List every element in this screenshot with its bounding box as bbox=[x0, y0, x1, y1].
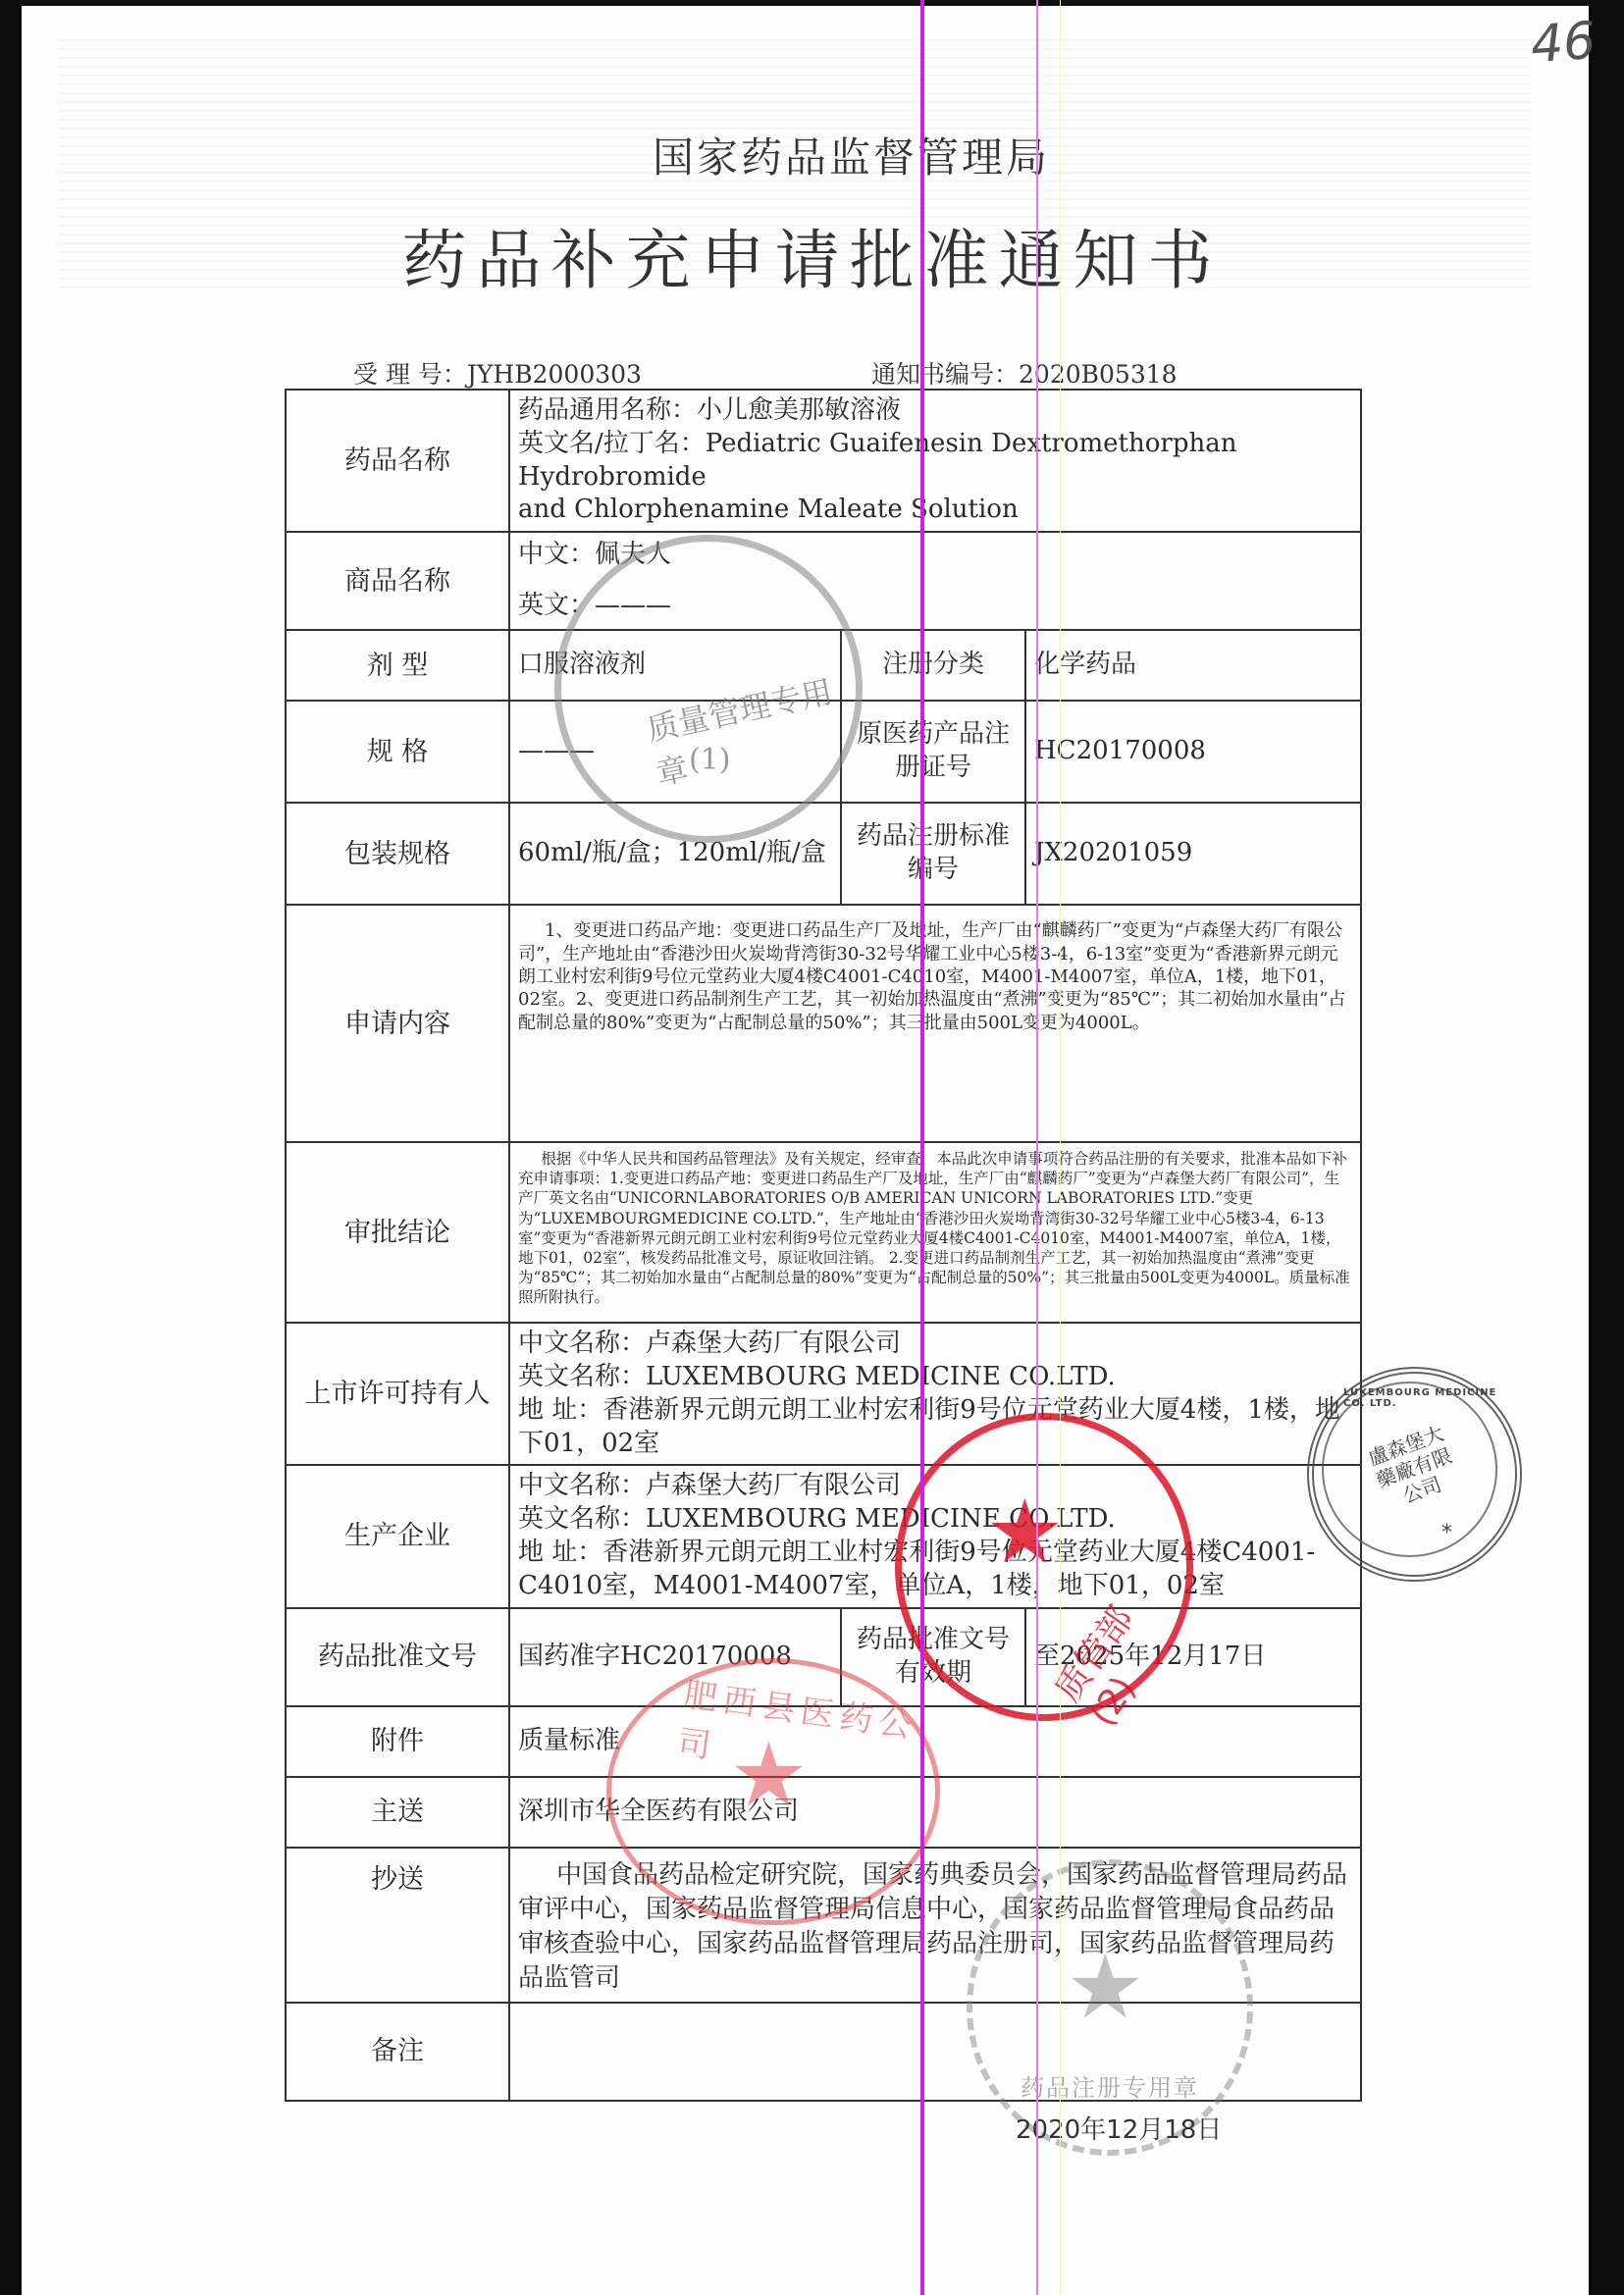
drug-name-label: 药品名称 bbox=[286, 390, 509, 532]
approval-no-label: 药品批准文号 bbox=[286, 1608, 509, 1706]
scan-artifact-line bbox=[1060, 0, 1061, 2295]
reg-class-label: 注册分类 bbox=[841, 630, 1025, 701]
dosage-form-label: 剂 型 bbox=[286, 630, 509, 701]
orig-reg-value: HC20170008 bbox=[1025, 701, 1361, 803]
row-attachment: 附件 质量标准 bbox=[286, 1706, 1361, 1777]
lux-seal-english: LUXEMBOURG MEDICINE CO. LTD. bbox=[1343, 1387, 1515, 1409]
orig-reg-label: 原医药产品注册证号 bbox=[841, 701, 1025, 803]
row-manufacturer: 生产企业 中文名称：卢森堡大药厂有限公司 英文名称：LUXEMBOURG MED… bbox=[286, 1465, 1361, 1607]
std-no-value: JX20201059 bbox=[1025, 803, 1361, 905]
application-label: 申请内容 bbox=[286, 905, 509, 1142]
row-send-to: 主送 深圳市华全医药有限公司 bbox=[286, 1777, 1361, 1848]
send-to-value: 深圳市华全医药有限公司 bbox=[509, 1777, 1361, 1848]
row-application: 申请内容 1、变更进口药品产地：变更进口药品生产厂及地址，生产厂由“麒麟药厂”变… bbox=[286, 905, 1361, 1142]
acceptance-number: 受 理 号：JYHB2000303 bbox=[353, 355, 642, 391]
mah-cn-name: 中文名称：卢森堡大药厂有限公司 bbox=[518, 1328, 1352, 1361]
row-conclusion: 审批结论 根据《中华人民共和国药品管理法》及有关规定，经审查，本品此次申请事项符… bbox=[286, 1142, 1361, 1323]
document-title: 药品补充申请批准通知书 bbox=[0, 208, 1624, 301]
mah-value: 中文名称：卢森堡大药厂有限公司 英文名称：LUXEMBOURG MEDICINE… bbox=[509, 1323, 1361, 1465]
send-to-label: 主送 bbox=[286, 1777, 509, 1848]
row-remarks: 备注 bbox=[286, 2003, 1361, 2101]
std-no-label: 药品注册标准编号 bbox=[841, 803, 1025, 905]
handwritten-page-number: 46 bbox=[1529, 12, 1598, 75]
issuer-seal-text: 药品注册专用章 bbox=[1021, 2068, 1199, 2103]
conclusion-label: 审批结论 bbox=[286, 1142, 509, 1323]
drug-name-value: 药品通用名称：小儿愈美那敏溶液 英文名/拉丁名：Pediatric Guaife… bbox=[509, 390, 1361, 532]
row-specification: 规 格 ——— 原医药产品注册证号 HC20170008 bbox=[286, 701, 1361, 803]
agency-name: 国家药品监督管理局 bbox=[0, 126, 1624, 184]
mah-label: 上市许可持有人 bbox=[286, 1323, 509, 1465]
row-approval-no: 药品批准文号 国药准字HC20170008 药品批准文号有效期 至2025年12… bbox=[286, 1608, 1361, 1706]
english-name-line2: and Chlorphenamine Maleate Solution bbox=[518, 494, 1352, 527]
manufacturer-address: 地 址：香港新界元朗元朗工业村宏利街9号位元堂药业大厦4楼C4001-C4010… bbox=[518, 1537, 1352, 1603]
trade-name-label: 商品名称 bbox=[286, 532, 509, 630]
manufacturer-en-name: 英文名称：LUXEMBOURG MEDICINE CO.LTD. bbox=[518, 1503, 1352, 1537]
remarks-label: 备注 bbox=[286, 2003, 509, 2101]
approval-form-table: 药品名称 药品通用名称：小儿愈美那敏溶液 英文名/拉丁名：Pediatric G… bbox=[285, 389, 1362, 2102]
row-mah: 上市许可持有人 中文名称：卢森堡大药厂有限公司 英文名称：LUXEMBOURG … bbox=[286, 1323, 1361, 1465]
scan-artifact-line bbox=[920, 0, 924, 2295]
attachment-label: 附件 bbox=[286, 1706, 509, 1777]
mah-address: 地 址：香港新界元朗元朗工业村宏利街9号位元堂药业大厦4楼，1楼，地下01，02… bbox=[518, 1394, 1352, 1461]
manufacturer-cn-name: 中文名称：卢森堡大药厂有限公司 bbox=[518, 1470, 1352, 1503]
reg-class-value: 化学药品 bbox=[1025, 630, 1361, 701]
scan-edge-top bbox=[0, 0, 1624, 6]
issue-date: 2020年12月18日 bbox=[1016, 2110, 1222, 2146]
notice-label: 通知书编号： bbox=[871, 360, 1019, 389]
specification-value: ——— bbox=[509, 701, 841, 803]
cc-value: 中国食品药品检定研究院，国家药典委员会，国家药品监督管理局药品审评中心，国家药品… bbox=[509, 1848, 1361, 2003]
lux-seal-chinese: 盧森堡大藥廠有限公司 bbox=[1365, 1421, 1463, 1514]
dosage-form-value: 口服溶液剂 bbox=[509, 630, 841, 701]
approval-no-value: 国药准字HC20170008 bbox=[509, 1608, 841, 1706]
scan-edge-right bbox=[1589, 0, 1624, 2295]
row-dosage-form: 剂 型 口服溶液剂 注册分类 化学药品 bbox=[286, 630, 1361, 701]
packaging-label: 包装规格 bbox=[286, 803, 509, 905]
trade-name-en: 英文：——— bbox=[518, 590, 1352, 623]
asterisk-icon: * bbox=[1441, 1521, 1452, 1545]
row-trade-name: 商品名称 中文：佩夫人 英文：——— bbox=[286, 532, 1361, 630]
packaging-value: 60ml/瓶/盒；120ml/瓶/盒 bbox=[509, 803, 841, 905]
manufacturer-value: 中文名称：卢森堡大药厂有限公司 英文名称：LUXEMBOURG MEDICINE… bbox=[509, 1465, 1361, 1607]
trade-name-value: 中文：佩夫人 英文：——— bbox=[509, 532, 1361, 630]
generic-name: 药品通用名称：小儿愈美那敏溶液 bbox=[518, 394, 1352, 428]
row-cc: 抄送 中国食品药品检定研究院，国家药典委员会，国家药品监督管理局药品审评中心，国… bbox=[286, 1848, 1361, 2003]
row-packaging: 包装规格 60ml/瓶/盒；120ml/瓶/盒 药品注册标准编号 JX20201… bbox=[286, 803, 1361, 905]
specification-label: 规 格 bbox=[286, 701, 509, 803]
remarks-value bbox=[509, 2003, 1361, 2101]
scan-artifact-line bbox=[1036, 0, 1038, 2295]
acceptance-label: 受 理 号： bbox=[353, 360, 467, 389]
conclusion-text: 根据《中华人民共和国药品管理法》及有关规定，经审查，本品此次申请事项符合药品注册… bbox=[509, 1142, 1361, 1323]
acceptance-value: JYHB2000303 bbox=[467, 360, 642, 389]
validity-label: 药品批准文号有效期 bbox=[841, 1608, 1025, 1706]
mah-en-name: 英文名称：LUXEMBOURG MEDICINE CO.LTD. bbox=[518, 1361, 1352, 1394]
notice-number: 通知书编号：2020B05318 bbox=[871, 355, 1178, 391]
english-name-line1: 英文名/拉丁名：Pediatric Guaifenesin Dextrometh… bbox=[518, 428, 1352, 495]
row-drug-name: 药品名称 药品通用名称：小儿愈美那敏溶液 英文名/拉丁名：Pediatric G… bbox=[286, 390, 1361, 532]
manufacturer-label: 生产企业 bbox=[286, 1465, 509, 1607]
validity-value: 至2025年12月17日 bbox=[1025, 1608, 1361, 1706]
attachment-value: 质量标准 bbox=[509, 1706, 1361, 1777]
cc-label: 抄送 bbox=[286, 1848, 509, 2003]
scan-edge-left bbox=[0, 0, 22, 2295]
application-text: 1、变更进口药品产地：变更进口药品生产厂及地址，生产厂由“麒麟药厂”变更为“卢森… bbox=[509, 905, 1361, 1142]
trade-name-cn: 中文：佩夫人 bbox=[518, 539, 1352, 572]
notice-value: 2020B05318 bbox=[1019, 360, 1178, 389]
